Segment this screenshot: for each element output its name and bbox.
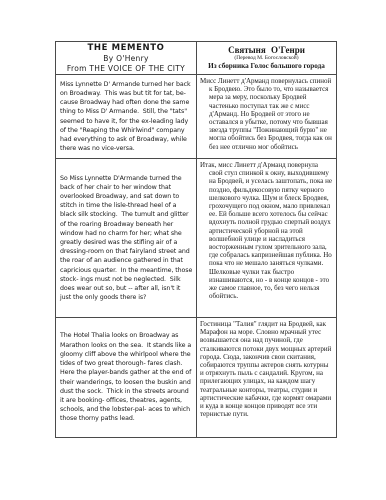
cell-russian-paragraph-3: Гостиница "Талия" глядит на Бродвей, как… [197, 318, 337, 438]
english-source: From THE VOICE OF THE CITY [67, 64, 185, 74]
header-cell-russian: Святыня О'Генри (Перевод М. Богословской… [197, 42, 337, 75]
russian-title: Святыня О'Генри [228, 45, 305, 55]
russian-translator: (Перевод М. Богословской) [234, 55, 298, 62]
russian-paragraph: Гостиница "Талия" глядит на Бродвей, как… [200, 320, 333, 418]
header-cell-english: THE MEMENTO By O'Henry From THE VOICE OF… [56, 42, 197, 75]
russian-paragraph: Мисс Линетт д'Арманд повернулась спиной … [200, 77, 333, 151]
english-paragraph: Miss Lynnette D' Armande turned her back… [60, 80, 193, 154]
cell-english-paragraph-3: The Hotel Thalia looks on Broadway as Ma… [56, 318, 197, 438]
english-paragraph: So Miss Lynnette D'Armande turned the ba… [60, 174, 193, 303]
translation-table: THE MEMENTO By O'Henry From THE VOICE OF… [55, 41, 337, 438]
english-byline: By O'Henry [103, 54, 148, 64]
cell-english-paragraph-2: So Miss Lynnette D'Armande turned the ba… [56, 159, 197, 318]
cell-russian-paragraph-2: Итак, мисс Линетт д'Арманд повернула сво… [197, 159, 337, 318]
english-title: THE MEMENTO [88, 43, 165, 54]
russian-collection: Из сборника Голос большого города [208, 62, 325, 71]
english-paragraph: The Hotel Thalia looks on Broadway as Ma… [60, 331, 193, 423]
russian-paragraph: Итак, мисс Линетт д'Арманд повернула сво… [200, 161, 333, 300]
cell-russian-paragraph-1: Мисс Линетт д'Арманд повернулась спиной … [197, 75, 337, 159]
document-page: THE MEMENTO By O'Henry From THE VOICE OF… [0, 0, 386, 500]
cell-english-paragraph-1: Miss Lynnette D' Armande turned her back… [56, 75, 197, 159]
